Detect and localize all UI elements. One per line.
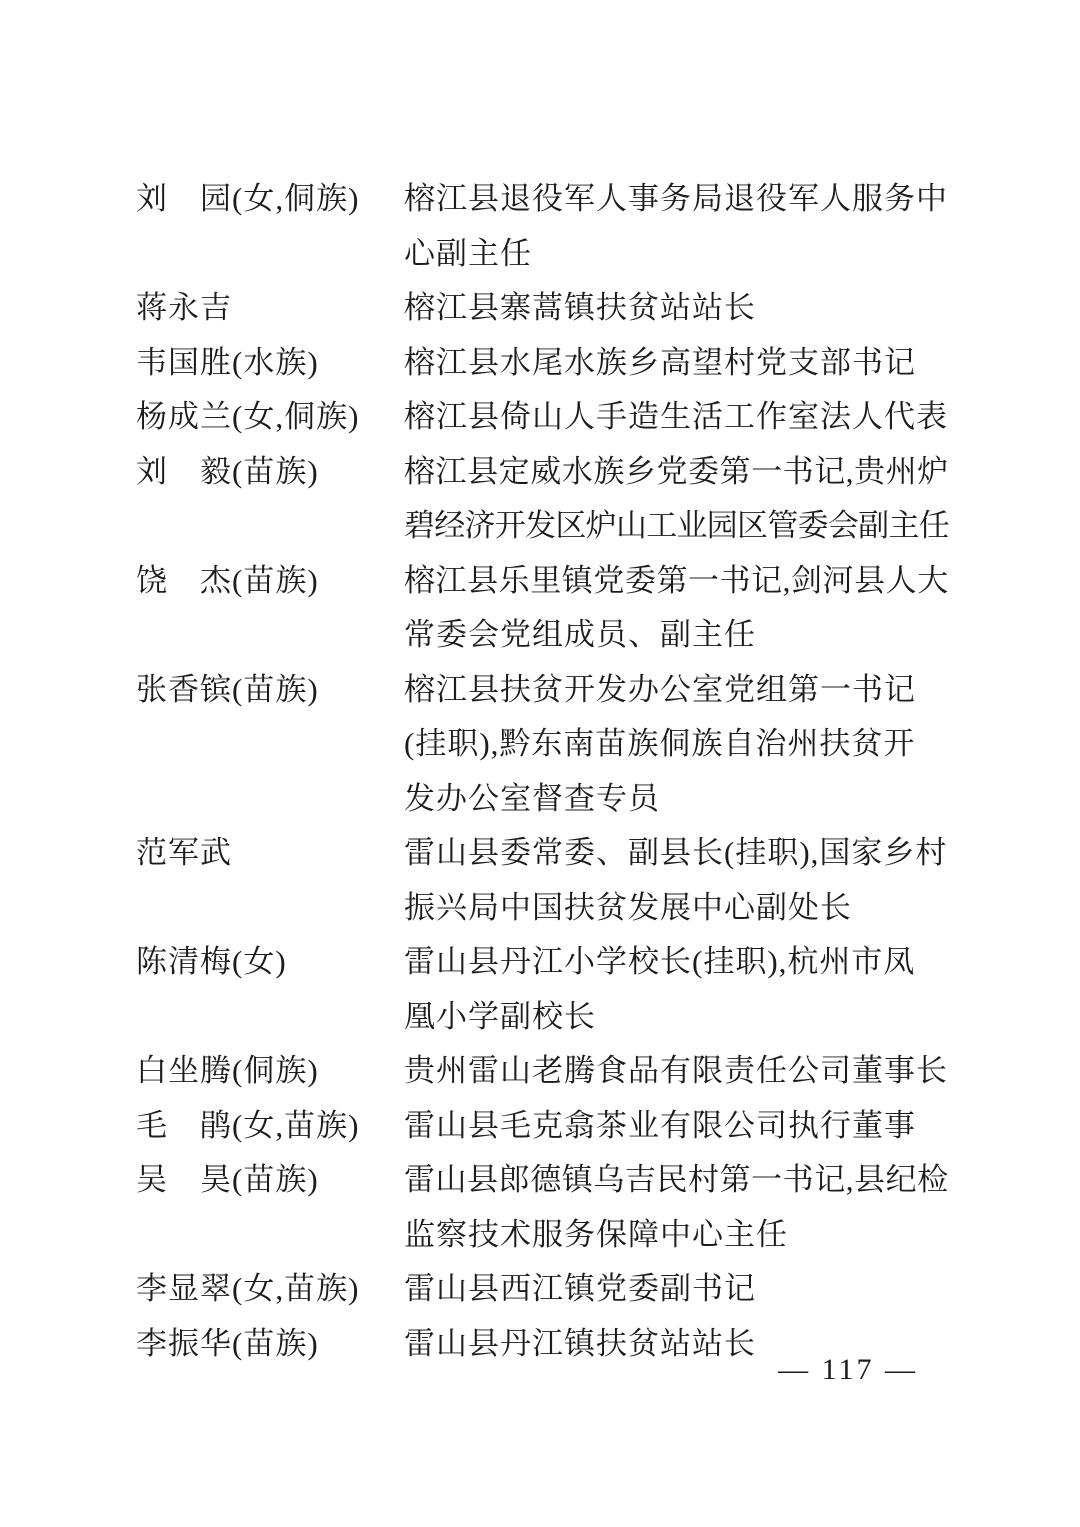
- person-name: 吴 昊: [136, 1162, 232, 1197]
- person-note: (苗族): [232, 672, 319, 707]
- position-line: 振兴局中国扶贫发展中心副处长: [404, 881, 949, 936]
- person-note: (侗族): [232, 1053, 319, 1088]
- entry-position: 雷山县郎德镇乌吉民村第一书记,县纪检监察技术服务保障中心主任: [404, 1153, 949, 1262]
- person-name: 毛 鹃: [136, 1108, 232, 1143]
- person-name: 韦国胜: [136, 345, 232, 380]
- entry-name-cell: 杨成兰(女,侗族): [136, 390, 404, 445]
- entry-position: 雷山县丹江小学校长(挂职),杭州市凤凰小学副校长: [404, 935, 949, 1044]
- entries-list: 刘 园(女,侗族) 榕江县退役军人事务局退役军人服务中心副主任 蒋永吉 榕江县寨…: [136, 172, 951, 1371]
- entry-name-cell: 范军武: [136, 826, 404, 881]
- entry-position: 榕江县倚山人手造生活工作室法人代表: [404, 390, 949, 445]
- roster-entry: 刘 园(女,侗族) 榕江县退役军人事务局退役军人服务中心副主任: [136, 172, 951, 281]
- position-line: 雷山县郎德镇乌吉民村第一书记,县纪检: [404, 1153, 949, 1208]
- position-line: 雷山县毛克翕茶业有限公司执行董事: [404, 1099, 949, 1154]
- person-note: (女): [232, 944, 287, 979]
- roster-entry: 白坐腾(侗族) 贵州雷山老腾食品有限责任公司董事长: [136, 1044, 951, 1099]
- person-name: 白坐腾: [136, 1053, 232, 1088]
- entry-name-cell: 饶 杰(苗族): [136, 554, 404, 609]
- position-line: (挂职),黔东南苗族侗族自治州扶贫开: [404, 717, 949, 772]
- entry-name-cell: 韦国胜(水族): [136, 336, 404, 391]
- roster-entry: 范军武 雷山县委常委、副县长(挂职),国家乡村振兴局中国扶贫发展中心副处长: [136, 826, 951, 935]
- entry-name-cell: 刘 毅(苗族): [136, 445, 404, 500]
- person-name: 蒋永吉: [136, 290, 232, 325]
- entry-position: 雷山县西江镇党委副书记: [404, 1262, 949, 1317]
- entry-position: 榕江县寨蒿镇扶贫站站长: [404, 281, 949, 336]
- person-name: 张香镔: [136, 672, 232, 707]
- position-line: 贵州雷山老腾食品有限责任公司董事长: [404, 1044, 949, 1099]
- position-line: 发办公室督查专员: [404, 772, 949, 827]
- person-note: (女,苗族): [232, 1108, 359, 1143]
- person-note: (女,苗族): [232, 1271, 359, 1306]
- person-note: (苗族): [232, 563, 319, 598]
- roster-entry: 刘 毅(苗族) 榕江县定威水族乡党委第一书记,贵州炉碧经济开发区炉山工业园区管委…: [136, 445, 951, 554]
- person-name: 李振华: [136, 1326, 232, 1361]
- entry-position: 贵州雷山老腾食品有限责任公司董事长: [404, 1044, 949, 1099]
- entry-name-cell: 张香镔(苗族): [136, 663, 404, 718]
- entry-position: 雷山县委常委、副县长(挂职),国家乡村振兴局中国扶贫发展中心副处长: [404, 826, 949, 935]
- position-line: 监察技术服务保障中心主任: [404, 1208, 949, 1263]
- position-line: 榕江县定威水族乡党委第一书记,贵州炉: [404, 445, 949, 500]
- person-name: 杨成兰: [136, 399, 232, 434]
- entry-position: 榕江县水尾水族乡高望村党支部书记: [404, 336, 949, 391]
- position-line: 雷山县丹江小学校长(挂职),杭州市凤: [404, 935, 949, 990]
- page-number: — 117 —: [778, 1353, 918, 1387]
- position-line: 榕江县寨蒿镇扶贫站站长: [404, 281, 949, 336]
- entry-name-cell: 陈清梅(女): [136, 935, 404, 990]
- person-note: (苗族): [232, 454, 319, 489]
- roster-entry: 饶 杰(苗族) 榕江县乐里镇党委第一书记,剑河县人大常委会党组成员、副主任: [136, 554, 951, 663]
- position-line: 凰小学副校长: [404, 990, 949, 1045]
- roster-entry: 张香镔(苗族) 榕江县扶贫开发办公室党组第一书记(挂职),黔东南苗族侗族自治州扶…: [136, 663, 951, 827]
- person-note: (苗族): [232, 1162, 319, 1197]
- position-line: 心副主任: [404, 227, 949, 282]
- person-note: (女,侗族): [232, 181, 359, 216]
- roster-entry: 毛 鹃(女,苗族) 雷山县毛克翕茶业有限公司执行董事: [136, 1099, 951, 1154]
- person-name: 李显翠: [136, 1271, 232, 1306]
- position-line: 榕江县倚山人手造生活工作室法人代表: [404, 390, 949, 445]
- entry-position: 榕江县退役军人事务局退役军人服务中心副主任: [404, 172, 949, 281]
- position-line: 榕江县水尾水族乡高望村党支部书记: [404, 336, 949, 391]
- position-line: 碧经济开发区炉山工业园区管委会副主任: [404, 499, 949, 554]
- roster-entry: 陈清梅(女) 雷山县丹江小学校长(挂职),杭州市凤凰小学副校长: [136, 935, 951, 1044]
- entry-position: 榕江县定威水族乡党委第一书记,贵州炉碧经济开发区炉山工业园区管委会副主任: [404, 445, 949, 554]
- entry-name-cell: 刘 园(女,侗族): [136, 172, 404, 227]
- entry-name-cell: 吴 昊(苗族): [136, 1153, 404, 1208]
- position-line: 雷山县委常委、副县长(挂职),国家乡村: [404, 826, 949, 881]
- roster-entry: 杨成兰(女,侗族) 榕江县倚山人手造生活工作室法人代表: [136, 390, 951, 445]
- person-name: 刘 毅: [136, 454, 232, 489]
- entry-position: 榕江县乐里镇党委第一书记,剑河县人大常委会党组成员、副主任: [404, 554, 949, 663]
- roster-entry: 吴 昊(苗族) 雷山县郎德镇乌吉民村第一书记,县纪检监察技术服务保障中心主任: [136, 1153, 951, 1262]
- person-note: (水族): [232, 345, 319, 380]
- position-line: 常委会党组成员、副主任: [404, 608, 949, 663]
- entry-name-cell: 李振华(苗族): [136, 1317, 404, 1372]
- person-name: 范军武: [136, 835, 232, 870]
- entry-name-cell: 李显翠(女,苗族): [136, 1262, 404, 1317]
- document-page: 刘 园(女,侗族) 榕江县退役军人事务局退役军人服务中心副主任 蒋永吉 榕江县寨…: [0, 0, 1080, 1527]
- person-name: 刘 园: [136, 181, 232, 216]
- person-name: 陈清梅: [136, 944, 232, 979]
- person-name: 饶 杰: [136, 563, 232, 598]
- position-line: 榕江县乐里镇党委第一书记,剑河县人大: [404, 554, 949, 609]
- entry-name-cell: 白坐腾(侗族): [136, 1044, 404, 1099]
- entry-name-cell: 蒋永吉: [136, 281, 404, 336]
- roster-entry: 韦国胜(水族) 榕江县水尾水族乡高望村党支部书记: [136, 336, 951, 391]
- entry-position: 榕江县扶贫开发办公室党组第一书记(挂职),黔东南苗族侗族自治州扶贫开发办公室督查…: [404, 663, 949, 827]
- person-note: (苗族): [232, 1326, 319, 1361]
- roster-entry: 蒋永吉 榕江县寨蒿镇扶贫站站长: [136, 281, 951, 336]
- person-note: (女,侗族): [232, 399, 359, 434]
- position-line: 榕江县退役军人事务局退役军人服务中: [404, 172, 949, 227]
- entry-name-cell: 毛 鹃(女,苗族): [136, 1099, 404, 1154]
- position-line: 雷山县西江镇党委副书记: [404, 1262, 949, 1317]
- entry-position: 雷山县毛克翕茶业有限公司执行董事: [404, 1099, 949, 1154]
- position-line: 榕江县扶贫开发办公室党组第一书记: [404, 663, 949, 718]
- roster-entry: 李显翠(女,苗族) 雷山县西江镇党委副书记: [136, 1262, 951, 1317]
